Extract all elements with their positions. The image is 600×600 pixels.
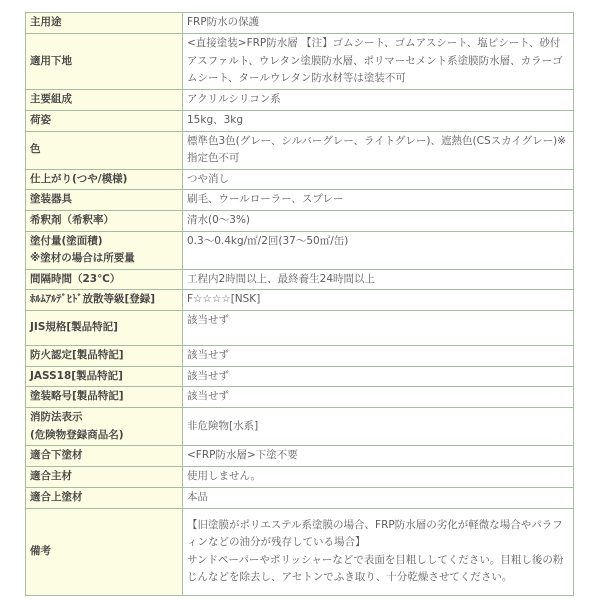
row-value: <直接塗装>FRP防水層 【注】ゴムシート、ゴムアスシート、塩ビシート、砂付アス… xyxy=(183,34,574,90)
row-label: 適合上塗材 xyxy=(26,487,183,508)
row-value: F☆☆☆☆[NSK] xyxy=(183,290,574,311)
spec-row-fire-law: 消防法表示 (危険物登録商品名) 非危険物[水系] xyxy=(26,408,574,446)
row-value: 工程内2時間以上、最終養生24時間以上 xyxy=(183,269,574,290)
spec-row-main-material: 適合主材 使用しません。 xyxy=(26,467,574,488)
row-label: 色 xyxy=(26,131,183,169)
row-label: JASS18[製品特記] xyxy=(26,366,183,387)
row-label: 消防法表示 (危険物登録商品名) xyxy=(26,408,183,446)
row-value: 15kg、3kg xyxy=(183,110,574,131)
spec-table-body: 主用途 FRP防水の保護 適用下地 <直接塗装>FRP防水層 【注】ゴムシート、… xyxy=(26,13,574,596)
spec-row-color: 色 標準色3色(グレー、シルバーグレー、ライトグレー)、遮熱色(CSスカイグレー… xyxy=(26,131,574,169)
spec-row-remarks: 備考 【旧塗膜がポリエステル系塗膜の場合、FRP防水層の劣化が軽微な場合やパラフ… xyxy=(26,508,574,595)
spec-row-main-use: 主用途 FRP防水の保護 xyxy=(26,13,574,34)
row-value: FRP防水の保護 xyxy=(183,13,574,34)
row-value: 標準色3色(グレー、シルバーグレー、ライトグレー)、遮熱色(CSスカイグレー)※… xyxy=(183,131,574,169)
row-value: つや消し xyxy=(183,169,574,190)
product-spec-table: 主用途 FRP防水の保護 適用下地 <直接塗装>FRP防水層 【注】ゴムシート、… xyxy=(25,12,574,596)
spec-row-jis: JIS規格[製品特記] 該当せず xyxy=(26,311,574,346)
spec-row-coverage: 塗付量(塗面積) ※塗材の場合は所要量 0.3〜0.4kg/㎡/2回(37〜50… xyxy=(26,231,574,269)
row-label: 荷姿 xyxy=(26,110,183,131)
spec-row-undercoat: 適合下塗材 <FRP防水層>下塗不要 xyxy=(26,446,574,467)
row-label: 備考 xyxy=(26,508,183,595)
row-value: 非危険物[水系] xyxy=(183,408,574,446)
spec-row-composition: 主要組成 アクリルシリコン系 xyxy=(26,89,574,110)
row-label: 塗装略号[製品特記] xyxy=(26,387,183,408)
row-label: 希釈剤（希釈率） xyxy=(26,211,183,232)
spec-row-substrate: 適用下地 <直接塗装>FRP防水層 【注】ゴムシート、ゴムアスシート、塩ビシート… xyxy=(26,34,574,90)
row-value: 清水(0〜3%) xyxy=(183,211,574,232)
spec-row-jass18: JASS18[製品特記] 該当せず xyxy=(26,366,574,387)
row-label: 塗装器具 xyxy=(26,190,183,211)
row-label: 塗付量(塗面積) ※塗材の場合は所要量 xyxy=(26,231,183,269)
row-value: 該当せず xyxy=(183,346,574,367)
row-label: ﾎﾙﾑｱﾙﾃﾞﾋﾄﾞ放散等級[登録] xyxy=(26,290,183,311)
spec-row-fireproof: 防火認定[製品特記] 該当せず xyxy=(26,346,574,367)
row-label: 間隔時間（23℃） xyxy=(26,269,183,290)
row-value: <FRP防水層>下塗不要 xyxy=(183,446,574,467)
row-label: JIS規格[製品特記] xyxy=(26,311,183,346)
row-value: 使用しません。 xyxy=(183,467,574,488)
row-label: 防火認定[製品特記] xyxy=(26,346,183,367)
row-label: 適用下地 xyxy=(26,34,183,90)
spec-row-finish: 仕上がり(つや/模様) つや消し xyxy=(26,169,574,190)
row-label: 適合主材 xyxy=(26,467,183,488)
row-label: 仕上がり(つや/模様) xyxy=(26,169,183,190)
spec-row-formaldehyde: ﾎﾙﾑｱﾙﾃﾞﾋﾄﾞ放散等級[登録] F☆☆☆☆[NSK] xyxy=(26,290,574,311)
row-value: 該当せず xyxy=(183,311,574,346)
row-label: 主要組成 xyxy=(26,89,183,110)
row-value: 本品 xyxy=(183,487,574,508)
spec-row-interval: 間隔時間（23℃） 工程内2時間以上、最終養生24時間以上 xyxy=(26,269,574,290)
row-label: 適合下塗材 xyxy=(26,446,183,467)
row-value: 【旧塗膜がポリエステル系塗膜の場合、FRP防水層の劣化が軽微な場合やパラフィンな… xyxy=(183,508,574,595)
spec-row-topcoat: 適合上塗材 本品 xyxy=(26,487,574,508)
spec-row-tools: 塗装器具 刷毛、ウールローラー、スプレー xyxy=(26,190,574,211)
spec-row-thinner: 希釈剤（希釈率） 清水(0〜3%) xyxy=(26,211,574,232)
row-value: 0.3〜0.4kg/㎡/2回(37〜50㎡/缶) xyxy=(183,231,574,269)
row-value: 該当せず xyxy=(183,387,574,408)
row-label: 主用途 xyxy=(26,13,183,34)
spec-row-packaging: 荷姿 15kg、3kg xyxy=(26,110,574,131)
row-value: 該当せず xyxy=(183,366,574,387)
row-value: 刷毛、ウールローラー、スプレー xyxy=(183,190,574,211)
row-value: アクリルシリコン系 xyxy=(183,89,574,110)
spec-row-coating-code: 塗装略号[製品特記] 該当せず xyxy=(26,387,574,408)
